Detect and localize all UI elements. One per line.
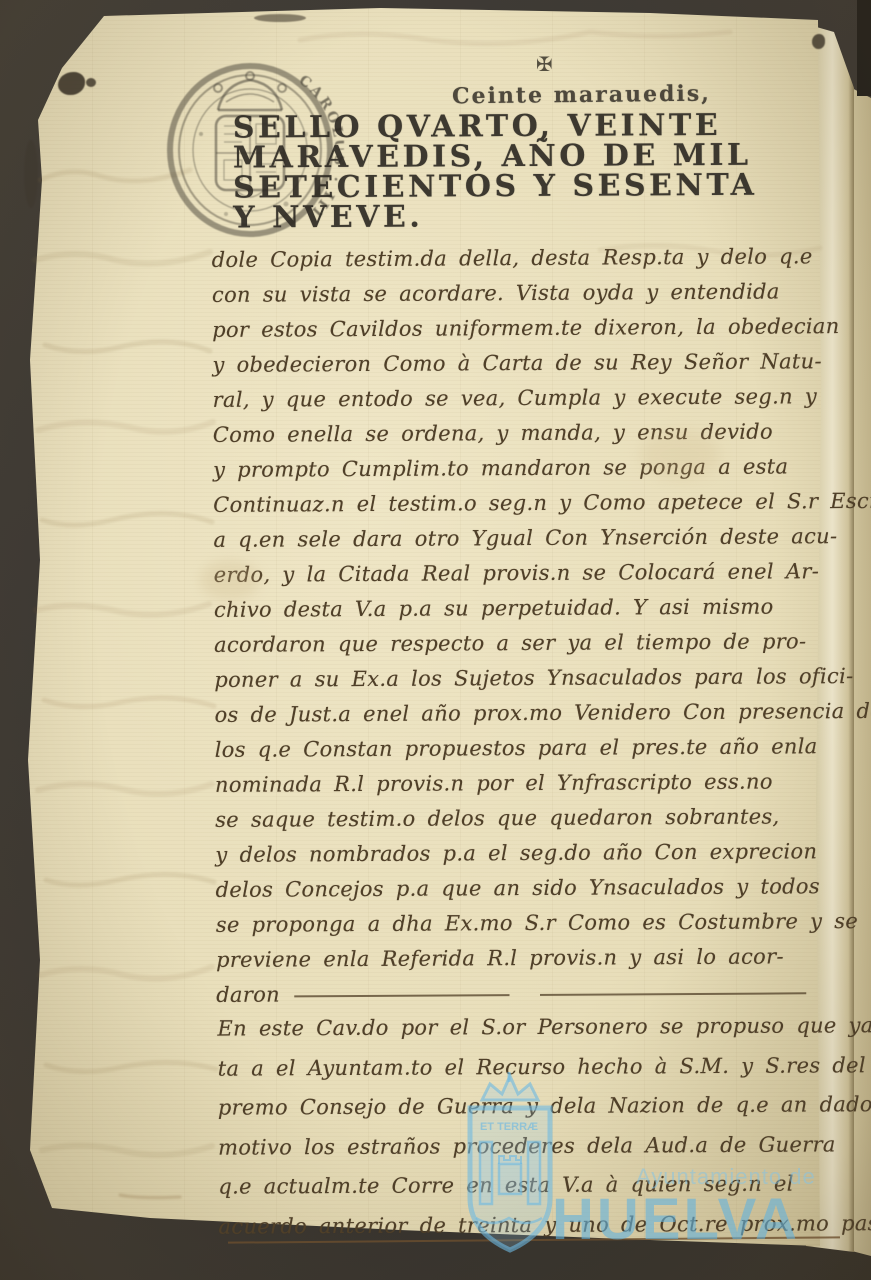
backdrop-corner xyxy=(857,0,871,96)
manuscript-line: delos Concejos p.a que an sido Ynsaculad… xyxy=(216,869,844,908)
gothic-tax-line: Ceinte marauedis, xyxy=(452,81,711,110)
ink-blot-small xyxy=(86,78,96,87)
manuscript-line: poner a su Ex.a los Sujetos Ynsaculados … xyxy=(214,659,842,698)
printed-header-line: SETECIENTOS Y SESENTA xyxy=(233,170,808,203)
manuscript-line: y prompto Cumplim.to mandaron se ponga a… xyxy=(213,449,841,488)
manuscript-line: ta a el Ayuntam.to el Recurso hecho à S.… xyxy=(218,1046,842,1089)
edge-stain xyxy=(24,140,38,208)
manuscript-line: Como enella se ordena, y manda, y ensu d… xyxy=(213,414,841,453)
aging-spot xyxy=(640,430,720,480)
manuscript-line: los q.e Constan propuestos para el pres.… xyxy=(215,729,843,768)
manuscript-paragraph-1: dole Copia testim.da della, desta Resp.t… xyxy=(212,239,845,1013)
manuscript-paragraph-2: En este Cav.do por el S.or Personero se … xyxy=(217,1006,842,1246)
printed-header-line: Y NVEVE. xyxy=(233,200,808,233)
manuscript-line: previene enla Referida R.l provis.n y as… xyxy=(216,939,844,978)
printers-cross-icon: ✠ xyxy=(536,52,553,76)
manuscript-line: y delos nombrados p.a el seg.do año Con … xyxy=(215,834,843,873)
manuscript-line: premo Consejo de Guerra y dela Nazion de… xyxy=(218,1085,842,1128)
printed-sello-header: SELLO QVARTO, VEINTE MARAVEDIS, AÑO DE M… xyxy=(233,110,809,233)
manuscript-line: nominada R.l provis.n por el Ynfrascript… xyxy=(215,764,843,803)
manuscript-line: a q.en sele dara otro Ygual Con Ynserció… xyxy=(213,519,841,558)
manuscript-line: motivo los estraños procederes dela Aud.… xyxy=(218,1125,842,1168)
manuscript-line: daron xyxy=(216,983,280,1007)
manuscript-line: por estos Cavildos uniformem.te dixeron,… xyxy=(212,309,840,348)
manuscript-line: dole Copia testim.da della, desta Resp.t… xyxy=(212,239,840,278)
manuscript-line: q.e actualm.te Corre en esta V.a à quien… xyxy=(218,1164,842,1207)
top-edge-smear xyxy=(254,14,306,22)
paragraph-divider-rule xyxy=(294,992,806,997)
manuscript-line: acuerdo anterior de treinta y uno de Oct… xyxy=(218,1204,842,1247)
fold-ink-spot xyxy=(812,34,825,49)
manuscript-line: se proponga a dha Ex.mo S.r Como es Cost… xyxy=(216,904,844,943)
manuscript-line: chivo desta V.a p.a su perpetuidad. Y as… xyxy=(214,589,842,628)
manuscript-line: os de Just.a enel año prox.mo Venidero C… xyxy=(214,694,842,733)
manuscript-line: se saque testim.o delos que quedaron sob… xyxy=(215,799,843,838)
manuscript-line: ral, y que entodo se vea, Cumpla y execu… xyxy=(213,379,841,418)
manuscript-line: acordaron que respecto a ser ya el tiemp… xyxy=(214,624,842,663)
manuscript-line: En este Cav.do por el S.or Personero se … xyxy=(217,1006,841,1049)
manuscript-line: y obedecieron Como à Carta de su Rey Señ… xyxy=(212,344,840,383)
manuscript-line: con su vista se acordare. Vista oyda y e… xyxy=(212,274,840,313)
manuscript-line: Continuaz.n el testim.o seg.n y Como ape… xyxy=(213,484,841,523)
manuscript-line: erdo, y la Citada Real provis.n se Coloc… xyxy=(214,554,842,593)
aging-spot xyxy=(200,560,260,600)
photograph-of-manuscript: CAROLUS · III ✠ Ceinte marauedis, SELLO … xyxy=(0,0,871,1280)
